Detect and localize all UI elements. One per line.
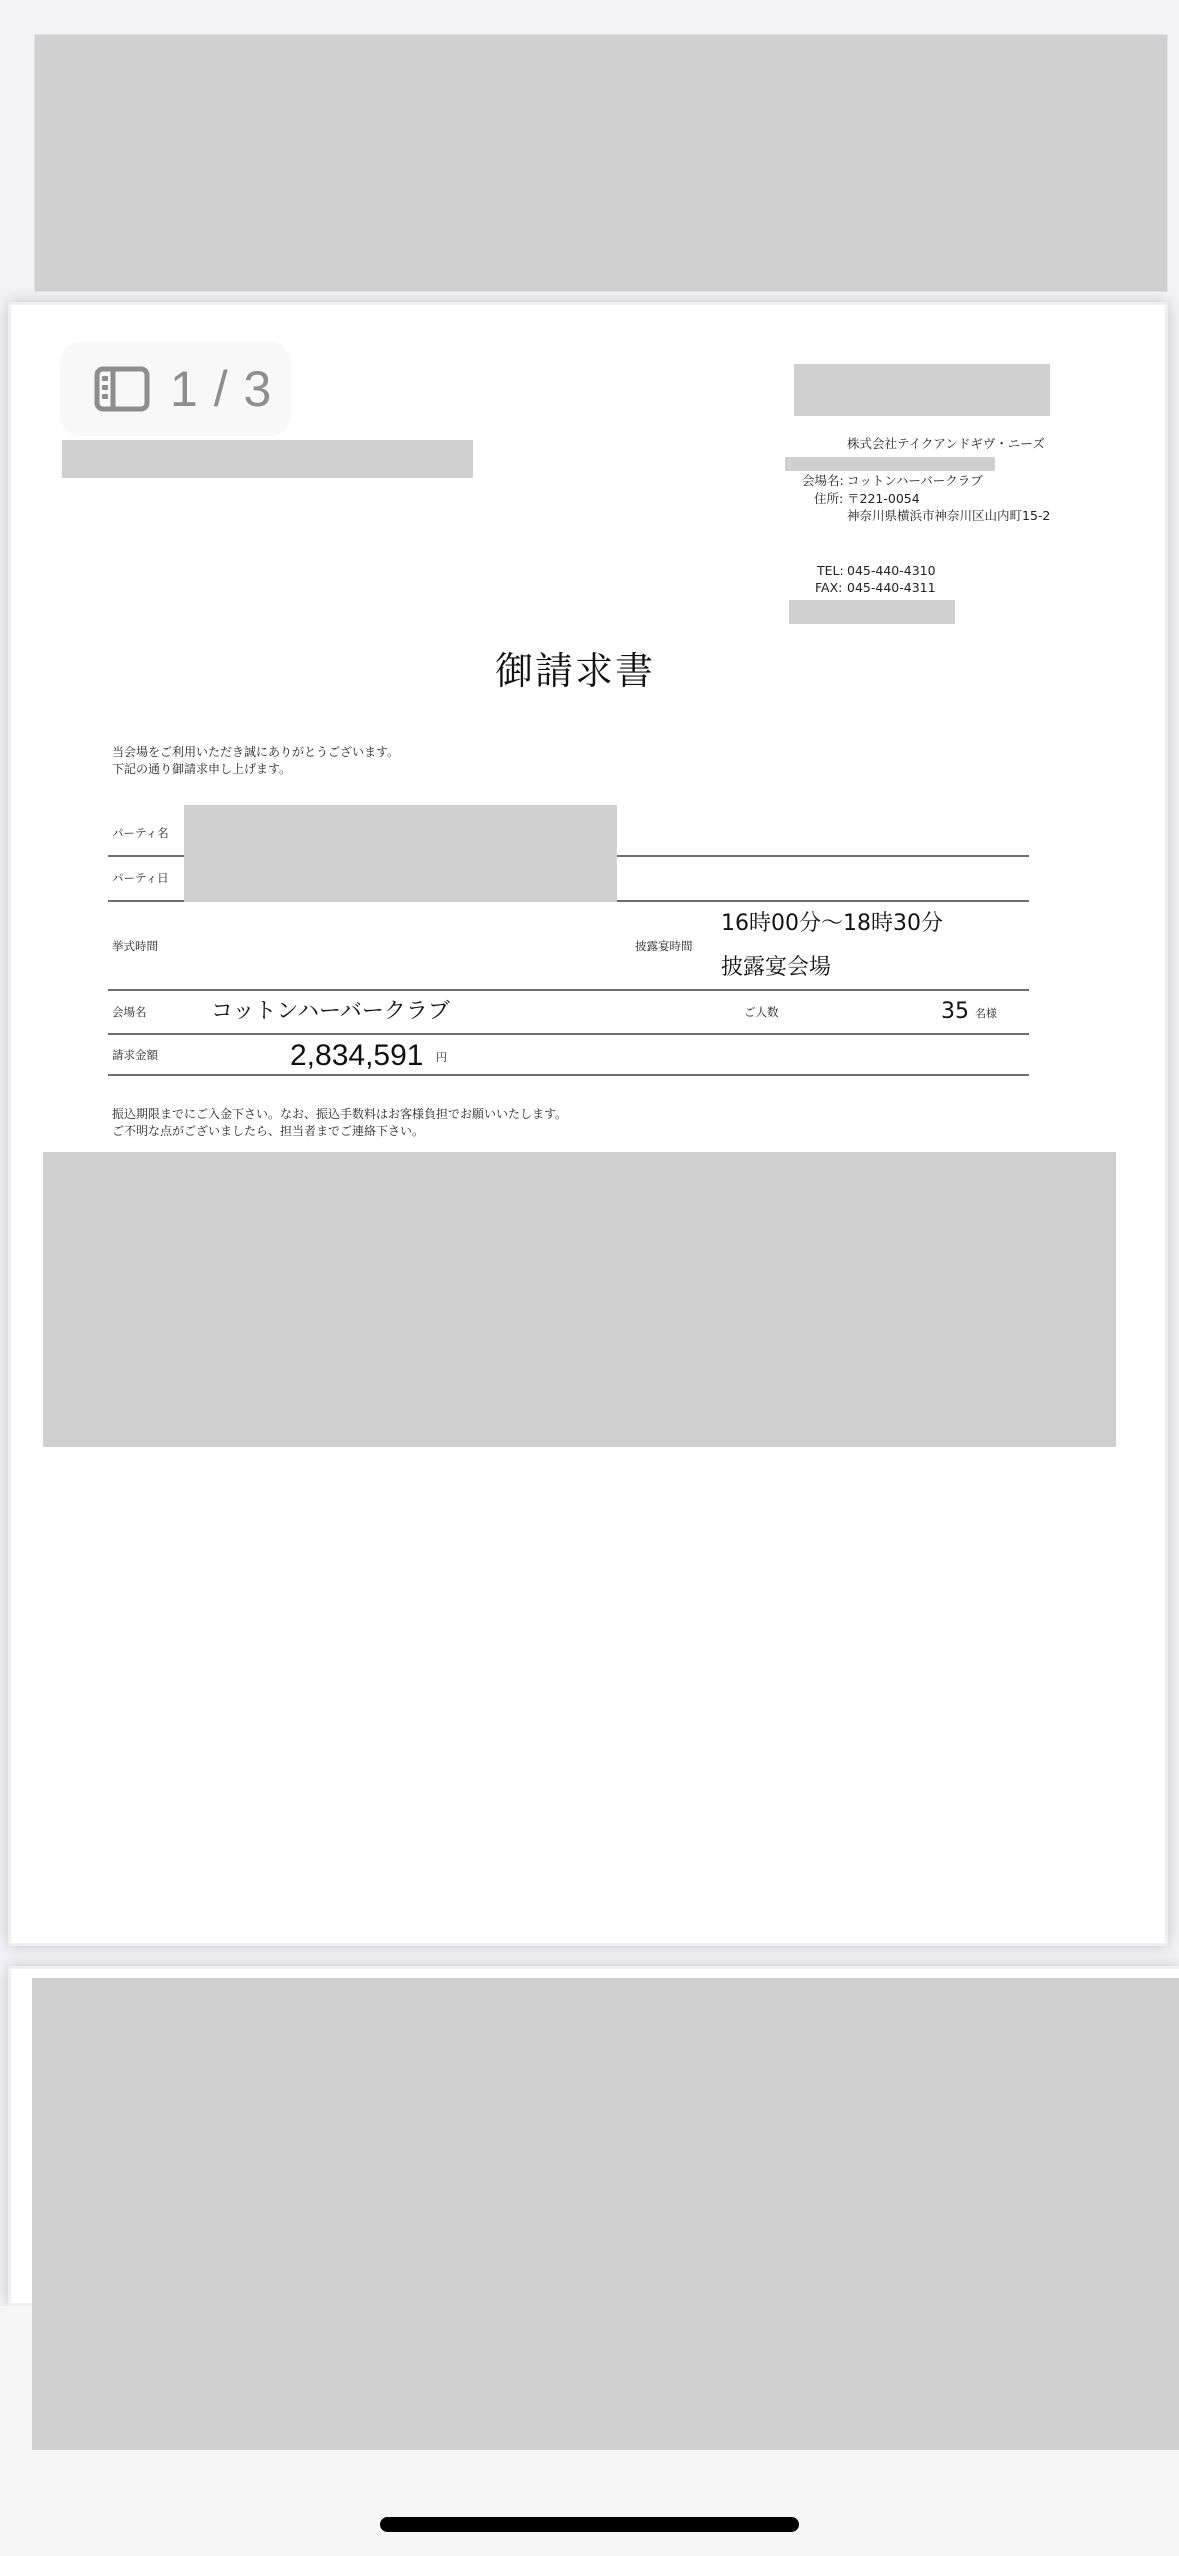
sender-contact-redacted	[789, 600, 955, 624]
reception-time-value: 16時00分〜18時30分	[721, 913, 943, 935]
party-date-label: パーティ日	[112, 873, 169, 885]
sender-tel-label: TEL:	[817, 565, 844, 578]
note-line-1: 振込期限までにご入金下さい。なお、振込手数料はお客様負担でお願いいたします。	[112, 1108, 567, 1120]
sender-address-label: 住所:	[814, 493, 843, 506]
row-divider	[108, 1074, 1029, 1076]
page-number-label: 1 / 3	[170, 360, 272, 418]
sender-company: 株式会社テイクアンドギヴ・ニーズ	[847, 438, 1045, 451]
invoice-details-redacted	[43, 1152, 1116, 1447]
amount-unit: 円	[436, 1052, 447, 1063]
logo-redacted	[794, 364, 1050, 416]
sender-venue: コットンハーバークラブ	[847, 475, 983, 488]
document-title: 御請求書	[495, 652, 655, 690]
row-divider	[108, 989, 1029, 991]
home-indicator[interactable]	[380, 2517, 799, 2532]
sender-venue-label: 会場名:	[802, 475, 844, 488]
venue-label: 会場名	[112, 1007, 147, 1019]
sender-tel: 045-440-4310	[847, 565, 936, 578]
previous-page-content-redacted	[34, 34, 1168, 292]
sender-detail-redacted	[785, 457, 995, 471]
guests-unit: 名様	[975, 1008, 997, 1019]
sender-postal: 〒221-0054	[847, 493, 920, 506]
reception-time-label: 披露宴時間	[635, 941, 693, 953]
sidebar-icon	[94, 366, 150, 412]
page-indicator-button[interactable]: 1 / 3	[60, 342, 291, 436]
party-name-label: パーティ名	[112, 828, 169, 840]
recipient-redacted	[62, 440, 473, 478]
note-line-2: ご不明な点がございましたら、担当者までご連絡下さい。	[112, 1125, 424, 1137]
greeting-line-1: 当会場をご利用いただき誠にありがとうございます。	[112, 746, 399, 758]
amount-value: 2,834,591	[290, 1041, 423, 1071]
party-info-redacted	[184, 805, 617, 902]
greeting-line-2: 下記の通り御請求申し上げます。	[112, 763, 291, 775]
guests-label: ご人数	[744, 1007, 779, 1019]
ceremony-time-label: 挙式時間	[112, 941, 158, 953]
row-divider	[108, 1033, 1029, 1035]
sender-fax: 045-440-4311	[847, 582, 936, 595]
reception-venue-value: 披露宴会場	[721, 957, 831, 979]
guests-value: 35	[941, 1001, 969, 1023]
sender-address: 神奈川県横浜市神奈川区山内町15-2	[847, 510, 1050, 523]
sender-fax-label: FAX:	[815, 582, 842, 595]
venue-value: コットンハーバークラブ	[211, 1001, 450, 1023]
amount-label: 請求金額	[112, 1050, 158, 1062]
next-page-content-redacted	[32, 1978, 1179, 2450]
